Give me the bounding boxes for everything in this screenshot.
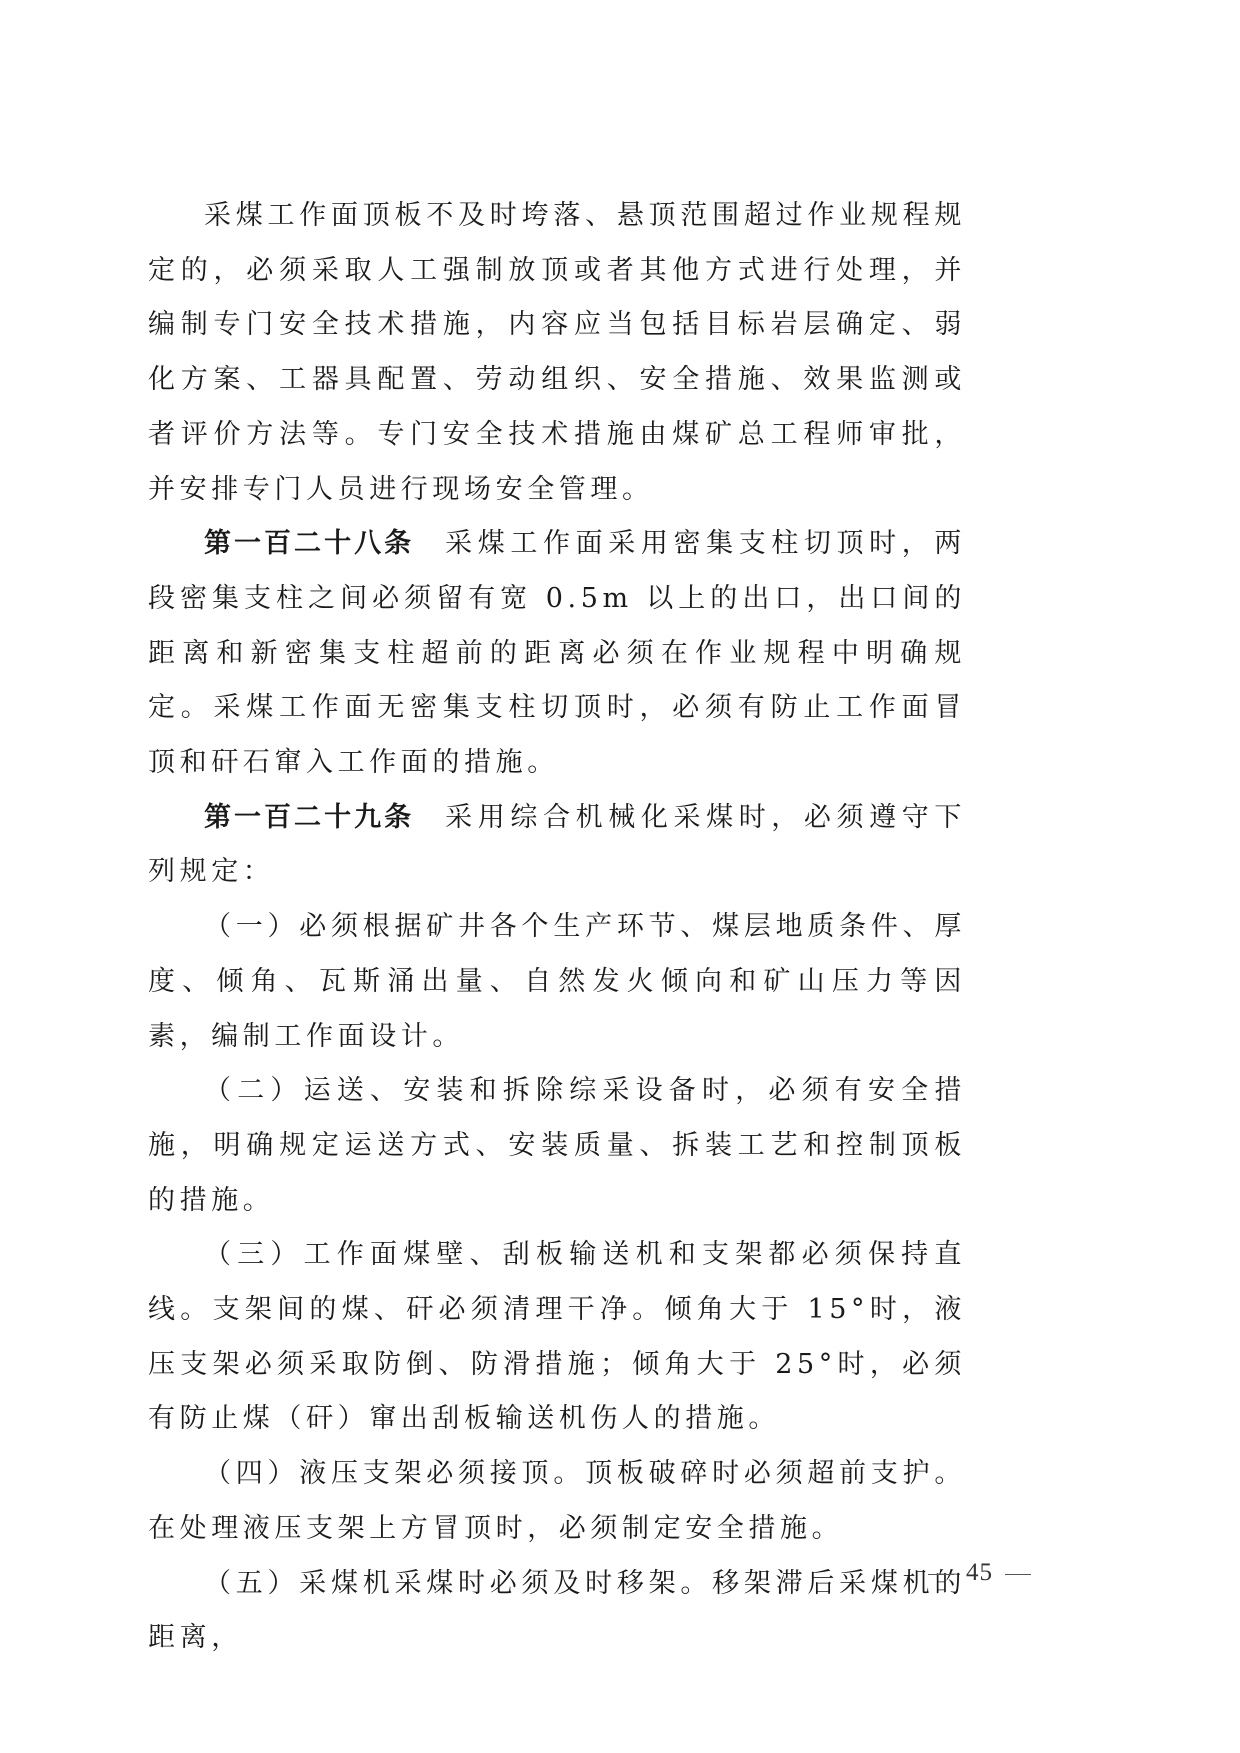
article-number: 第一百二十九条 <box>204 802 414 833</box>
clause-4: （四）液压支架必须接顶。顶板破碎时必须超前支护。在处理液压支架上方冒顶时，必须制… <box>148 1447 966 1556</box>
clause-2: （二）运送、安装和拆除综采设备时，必须有安全措施，明确规定运送方式、安装质量、拆… <box>148 1064 966 1228</box>
paragraph-roof-caving: 采煤工作面顶板不及时垮落、悬顶范围超过作业规程规定的，必须采取人工强制放顶或者其… <box>148 189 966 517</box>
clause-text: （四）液压支架必须接顶。顶板破碎时必须超前支护。在处理液压支架上方冒顶时，必须制… <box>148 1458 966 1544</box>
paragraph-text: 采煤工作面顶板不及时垮落、悬顶范围超过作业规程规定的，必须采取人工强制放顶或者其… <box>148 200 966 505</box>
clause-text: （二）运送、安装和拆除综采设备时，必须有安全措施，明确规定运送方式、安装质量、拆… <box>148 1075 966 1215</box>
document-body: 采煤工作面顶板不及时垮落、悬顶范围超过作业规程规定的，必须采取人工强制放顶或者其… <box>148 189 966 1666</box>
clause-text: （五）采煤机采煤时必须及时移架。移架滞后采煤机的距离， <box>148 1568 966 1654</box>
clause-3: （三）工作面煤壁、刮板输送机和支架都必须保持直线。支架间的煤、矸必须清理干净。倾… <box>148 1228 966 1447</box>
clause-text: （一）必须根据矿井各个生产环节、煤层地质条件、厚度、倾角、瓦斯涌出量、自然发火倾… <box>148 911 966 1051</box>
dash-left <box>928 1574 954 1575</box>
article-number: 第一百二十八条 <box>204 528 414 559</box>
article-128: 第一百二十八条采煤工作面采用密集支柱切顶时，两段密集支柱之间必须留有宽 0.5m… <box>148 517 966 791</box>
article-text: 采煤工作面采用密集支柱切顶时，两段密集支柱之间必须留有宽 0.5m 以上的出口，… <box>148 528 966 778</box>
dash-right <box>1005 1574 1031 1575</box>
clause-5: （五）采煤机采煤时必须及时移架。移架滞后采煤机的距离， <box>148 1557 966 1666</box>
page-number: 45 <box>916 1559 1043 1587</box>
clause-text: （三）工作面煤壁、刮板输送机和支架都必须保持直线。支架间的煤、矸必须清理干净。倾… <box>148 1239 966 1434</box>
page-number-value: 45 <box>966 1559 993 1586</box>
clause-1: （一）必须根据矿井各个生产环节、煤层地质条件、厚度、倾角、瓦斯涌出量、自然发火倾… <box>148 900 966 1064</box>
article-129: 第一百二十九条采用综合机械化采煤时，必须遵守下列规定： <box>148 791 966 900</box>
